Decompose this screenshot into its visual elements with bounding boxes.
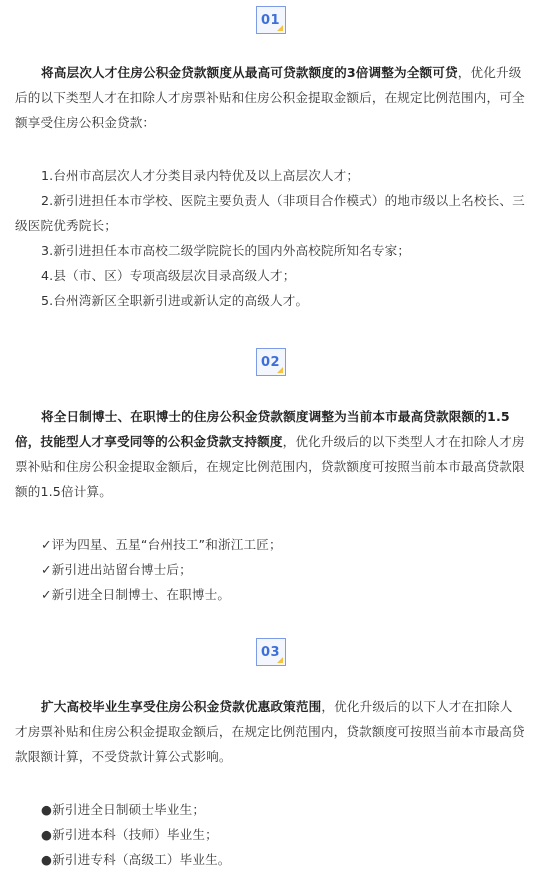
list-item: 1.台州市高层次人才分类目录内特优及以上高层次人才； — [15, 163, 525, 188]
section-number-badge: 03 — [256, 638, 286, 666]
section-3-intro: 扩大高校毕业生享受住房公积金贷款优惠政策范围，优化升级后的以下人才在扣除人才房票… — [15, 694, 525, 769]
section-1-list: 1.台州市高层次人才分类目录内特优及以上高层次人才； 2.新引进担任本市学校、医… — [15, 163, 525, 313]
section-1-intro-bold: 将高层次人才住房公积金贷款额度从最高可贷款额度的3倍调整为全额可贷 — [41, 65, 458, 80]
section-2-list: ✓评为四星、五星“台州技工”和浙江工匠； ✓新引进出站留台博士后； ✓新引进全日… — [15, 532, 525, 607]
section-number-badge: 02 — [256, 348, 286, 376]
corner-triangle-icon — [277, 25, 283, 31]
section-1-badge-wrap: 01 — [0, 6, 539, 34]
corner-triangle-icon — [277, 657, 283, 663]
list-item: 5.台州湾新区全职新引进或新认定的高级人才。 — [15, 288, 525, 313]
list-item: 4.县（市、区）专项高级层次目录高级人才； — [15, 263, 525, 288]
section-number-badge: 01 — [256, 6, 286, 34]
section-3-list: ●新引进全日制硕士毕业生； ●新引进本科（技师）毕业生； ●新引进专科（高级工）… — [15, 797, 525, 872]
list-item: ●新引进全日制硕士毕业生； — [15, 797, 525, 822]
list-item: 3.新引进担任本市高校二级学院院长的国内外高校院所知名专家； — [15, 238, 525, 263]
section-3-badge-wrap: 03 — [0, 638, 539, 666]
corner-triangle-icon — [277, 367, 283, 373]
list-item: ✓评为四星、五星“台州技工”和浙江工匠； — [15, 532, 525, 557]
list-item: ●新引进本科（技师）毕业生； — [15, 822, 525, 847]
list-item: ✓新引进出站留台博士后； — [15, 557, 525, 582]
section-1-intro: 将高层次人才住房公积金贷款额度从最高可贷款额度的3倍调整为全额可贷，优化升级后的… — [15, 60, 525, 135]
section-2-intro: 将全日制博士、在职博士的住房公积金贷款额度调整为当前本市最高贷款限额的1.5倍，… — [15, 404, 525, 504]
list-item: ●新引进专科（高级工）毕业生。 — [15, 847, 525, 872]
list-item: ✓新引进全日制博士、在职博士。 — [15, 582, 525, 607]
list-item: 2.新引进担任本市学校、医院主要负责人（非项目合作模式）的地市级以上名校长、三级… — [15, 188, 525, 238]
section-3-intro-bold: 扩大高校毕业生享受住房公积金贷款优惠政策范围 — [41, 699, 321, 714]
section-2-badge-wrap: 02 — [0, 348, 539, 376]
